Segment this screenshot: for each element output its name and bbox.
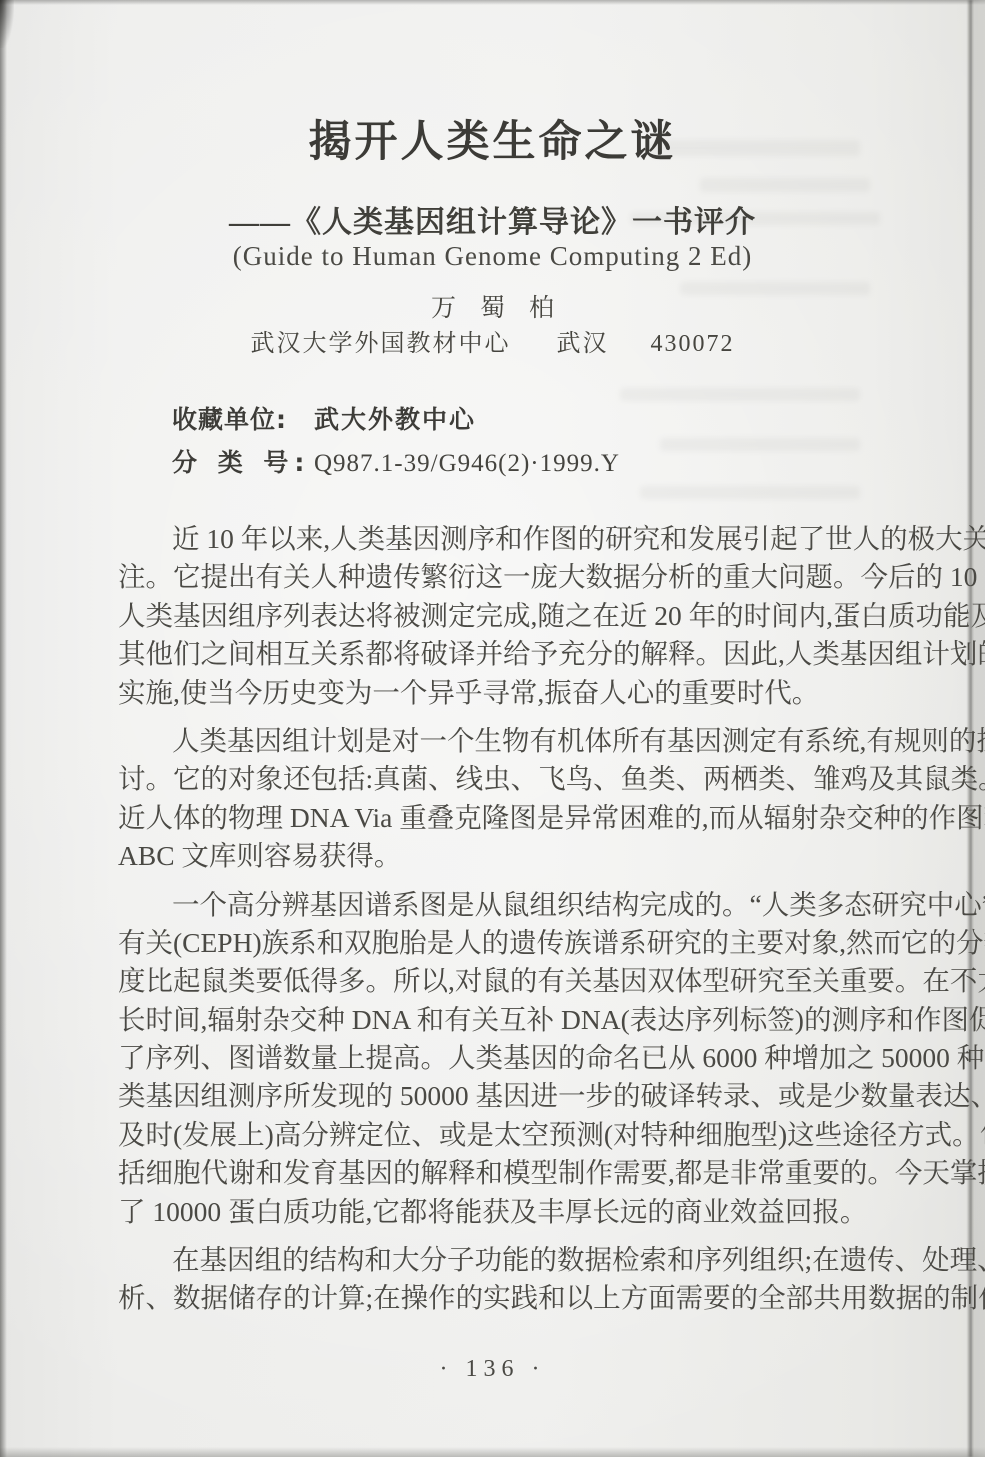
body-line: 在基因组的结构和大分子功能的数据检索和序列组织;在遗传、处理、分	[118, 1241, 932, 1279]
body-line: 讨。它的对象还包括:真菌、线虫、飞鸟、鱼类、两栖类、雏鸡及其鼠类。证实接	[118, 760, 932, 798]
body-line: 长时间,辐射杂交种 DNA 和有关互补 DNA(表达序列标签)的测序和作图促进	[118, 1001, 932, 1039]
body-line: 人类基因组序列表达将被测定完成,随之在近 20 年的时间内,蛋白质功能及	[118, 597, 932, 635]
paragraph: 在基因组的结构和大分子功能的数据检索和序列组织;在遗传、处理、分析、数据储存的计…	[118, 1241, 932, 1318]
body-line: 析、数据储存的计算;在操作的实践和以上方面需要的全部共用数据的制作处	[118, 1279, 932, 1317]
body-line: 类基因组测序所发现的 50000 基因进一步的破译转录、或是少数量表达、或是	[118, 1077, 932, 1115]
article-subtitle-english: (Guide to Human Genome Computing 2 Ed)	[0, 241, 985, 272]
article-subtitle: ——《人类基因组计算导论》一书评介	[0, 197, 985, 241]
collection-label: 收藏单位:	[172, 400, 314, 436]
body-line: ABC 文库则容易获得。	[118, 837, 932, 875]
catalog-meta: 收藏单位: 武大外教中心 分 类 号: Q987.1-39/G946(2)·19…	[172, 400, 620, 486]
body-line: 其他们之间相互关系都将破译并给予充分的解释。因此,人类基因组计划的	[118, 635, 932, 673]
body-line: 一个高分辨基因谱系图是从鼠组织结构完成的。“人类多态研究中心”的	[118, 886, 932, 924]
body-line: 及时(发展上)高分辨定位、或是太空预测(对特种细胞型)这些途径方式。包	[118, 1116, 932, 1154]
page-number: · 136 ·	[0, 1356, 985, 1383]
article-title: 揭开人类生命之谜	[0, 108, 985, 169]
body-line: 实施,使当今历史变为一个异乎寻常,振奋人心的重要时代。	[118, 674, 932, 712]
affiliation-row: 武汉大学外国教材中心 武汉 430072	[0, 323, 985, 358]
body-line: 了序列、图谱数量上提高。人类基因的命名已从 6000 种增加之 50000 种。…	[118, 1039, 932, 1077]
scanned-page: 揭开人类生命之谜 ——《人类基因组计算导论》一书评介 (Guide to Hum…	[0, 0, 985, 1457]
classification-value: Q987.1-39/G946(2)·1999.Y	[314, 450, 620, 478]
classification-row: 分 类 号: Q987.1-39/G946(2)·1999.Y	[172, 443, 620, 473]
body-line: 度比起鼠类要低得多。所以,对鼠的有关基因双体型研究至关重要。在不太	[118, 962, 932, 1000]
affiliation-city: 武汉	[557, 323, 609, 358]
collection-value: 武大外教中心	[314, 400, 476, 436]
affiliation-institution: 武汉大学外国教材中心	[251, 323, 511, 358]
paragraph: 人类基因组计划是对一个生物有机体所有基因测定有系统,有规则的探讨。它的对象还包括…	[118, 722, 932, 876]
body-text: 近 10 年以来,人类基因测序和作图的研究和发展引起了世人的极大关注。它提出有关…	[118, 520, 932, 1328]
body-line: 近 10 年以来,人类基因测序和作图的研究和发展引起了世人的极大关	[118, 520, 932, 558]
body-line: 括细胞代谢和发育基因的解释和模型制作需要,都是非常重要的。今天掌握	[118, 1154, 932, 1192]
body-line: 近人体的物理 DNA Via 重叠克隆图是异常困难的,而从辐射杂交种的作图和	[118, 799, 932, 837]
body-line: 有关(CEPH)族系和双胞胎是人的遗传族谱系研究的主要对象,然而它的分辨	[118, 924, 932, 962]
collection-row: 收藏单位: 武大外教中心	[172, 400, 620, 430]
affiliation-postcode: 430072	[651, 331, 735, 358]
author-name: 万蜀柏	[0, 288, 985, 324]
body-line: 人类基因组计划是对一个生物有机体所有基因测定有系统,有规则的探	[118, 722, 932, 760]
body-line: 了 10000 蛋白质功能,它都将能获及丰厚长远的商业效益回报。	[118, 1193, 932, 1231]
paragraph: 一个高分辨基因谱系图是从鼠组织结构完成的。“人类多态研究中心”的有关(CEPH)…	[118, 886, 932, 1232]
paragraph: 近 10 年以来,人类基因测序和作图的研究和发展引起了世人的极大关注。它提出有关…	[118, 520, 932, 712]
classification-label: 分 类 号:	[172, 443, 314, 479]
body-line: 注。它提出有关人种遗传繁衍这一庞大数据分析的重大问题。今后的 10 年,	[118, 558, 932, 596]
